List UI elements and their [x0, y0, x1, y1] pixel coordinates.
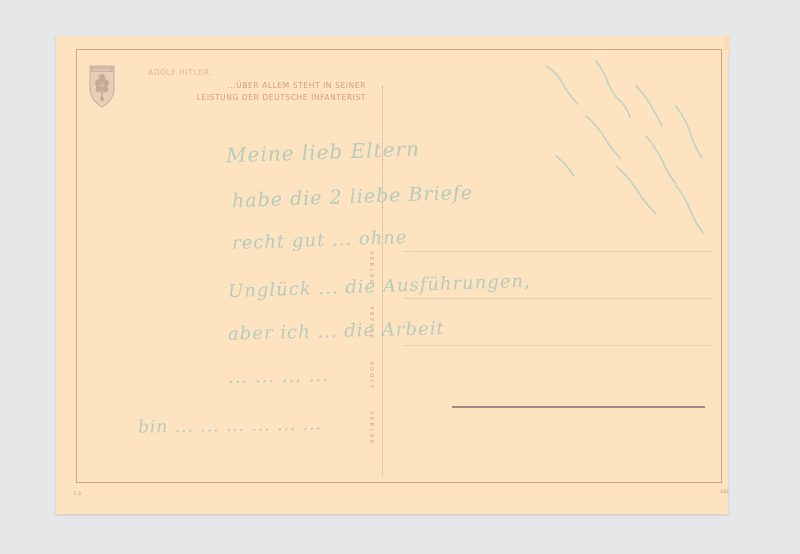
- postcard-border-frame: [76, 49, 722, 483]
- header-quote-line-2: LEISTUNG DER DEUTSCHE INFANTERIST: [148, 92, 366, 104]
- address-line-2: [404, 298, 712, 299]
- svg-text:INFANTERIE: INFANTERIE: [93, 68, 112, 72]
- shield-oak-leaf-icon: INFANTERIE: [89, 64, 115, 108]
- address-line-3: [404, 345, 712, 346]
- vertical-divider: [382, 86, 383, 476]
- print-code-right: 183: [720, 490, 729, 495]
- header-author: ADOLF HITLER:: [148, 68, 212, 77]
- address-line-1: [404, 251, 712, 252]
- print-code-left: E 8: [74, 492, 81, 497]
- postcard: INFANTERIE ADOLF HITLER: ...ÜBER ALLEM S…: [56, 36, 728, 514]
- header-quote-line-1: ...ÜBER ALLEM STEHT IN SEINER: [148, 80, 366, 92]
- header-quote: ...ÜBER ALLEM STEHT IN SEINER LEISTUNG D…: [148, 80, 366, 104]
- divider-publisher-text: VERLAG ... PRESSE ... ADOLF ... VERLAG: [368, 251, 374, 451]
